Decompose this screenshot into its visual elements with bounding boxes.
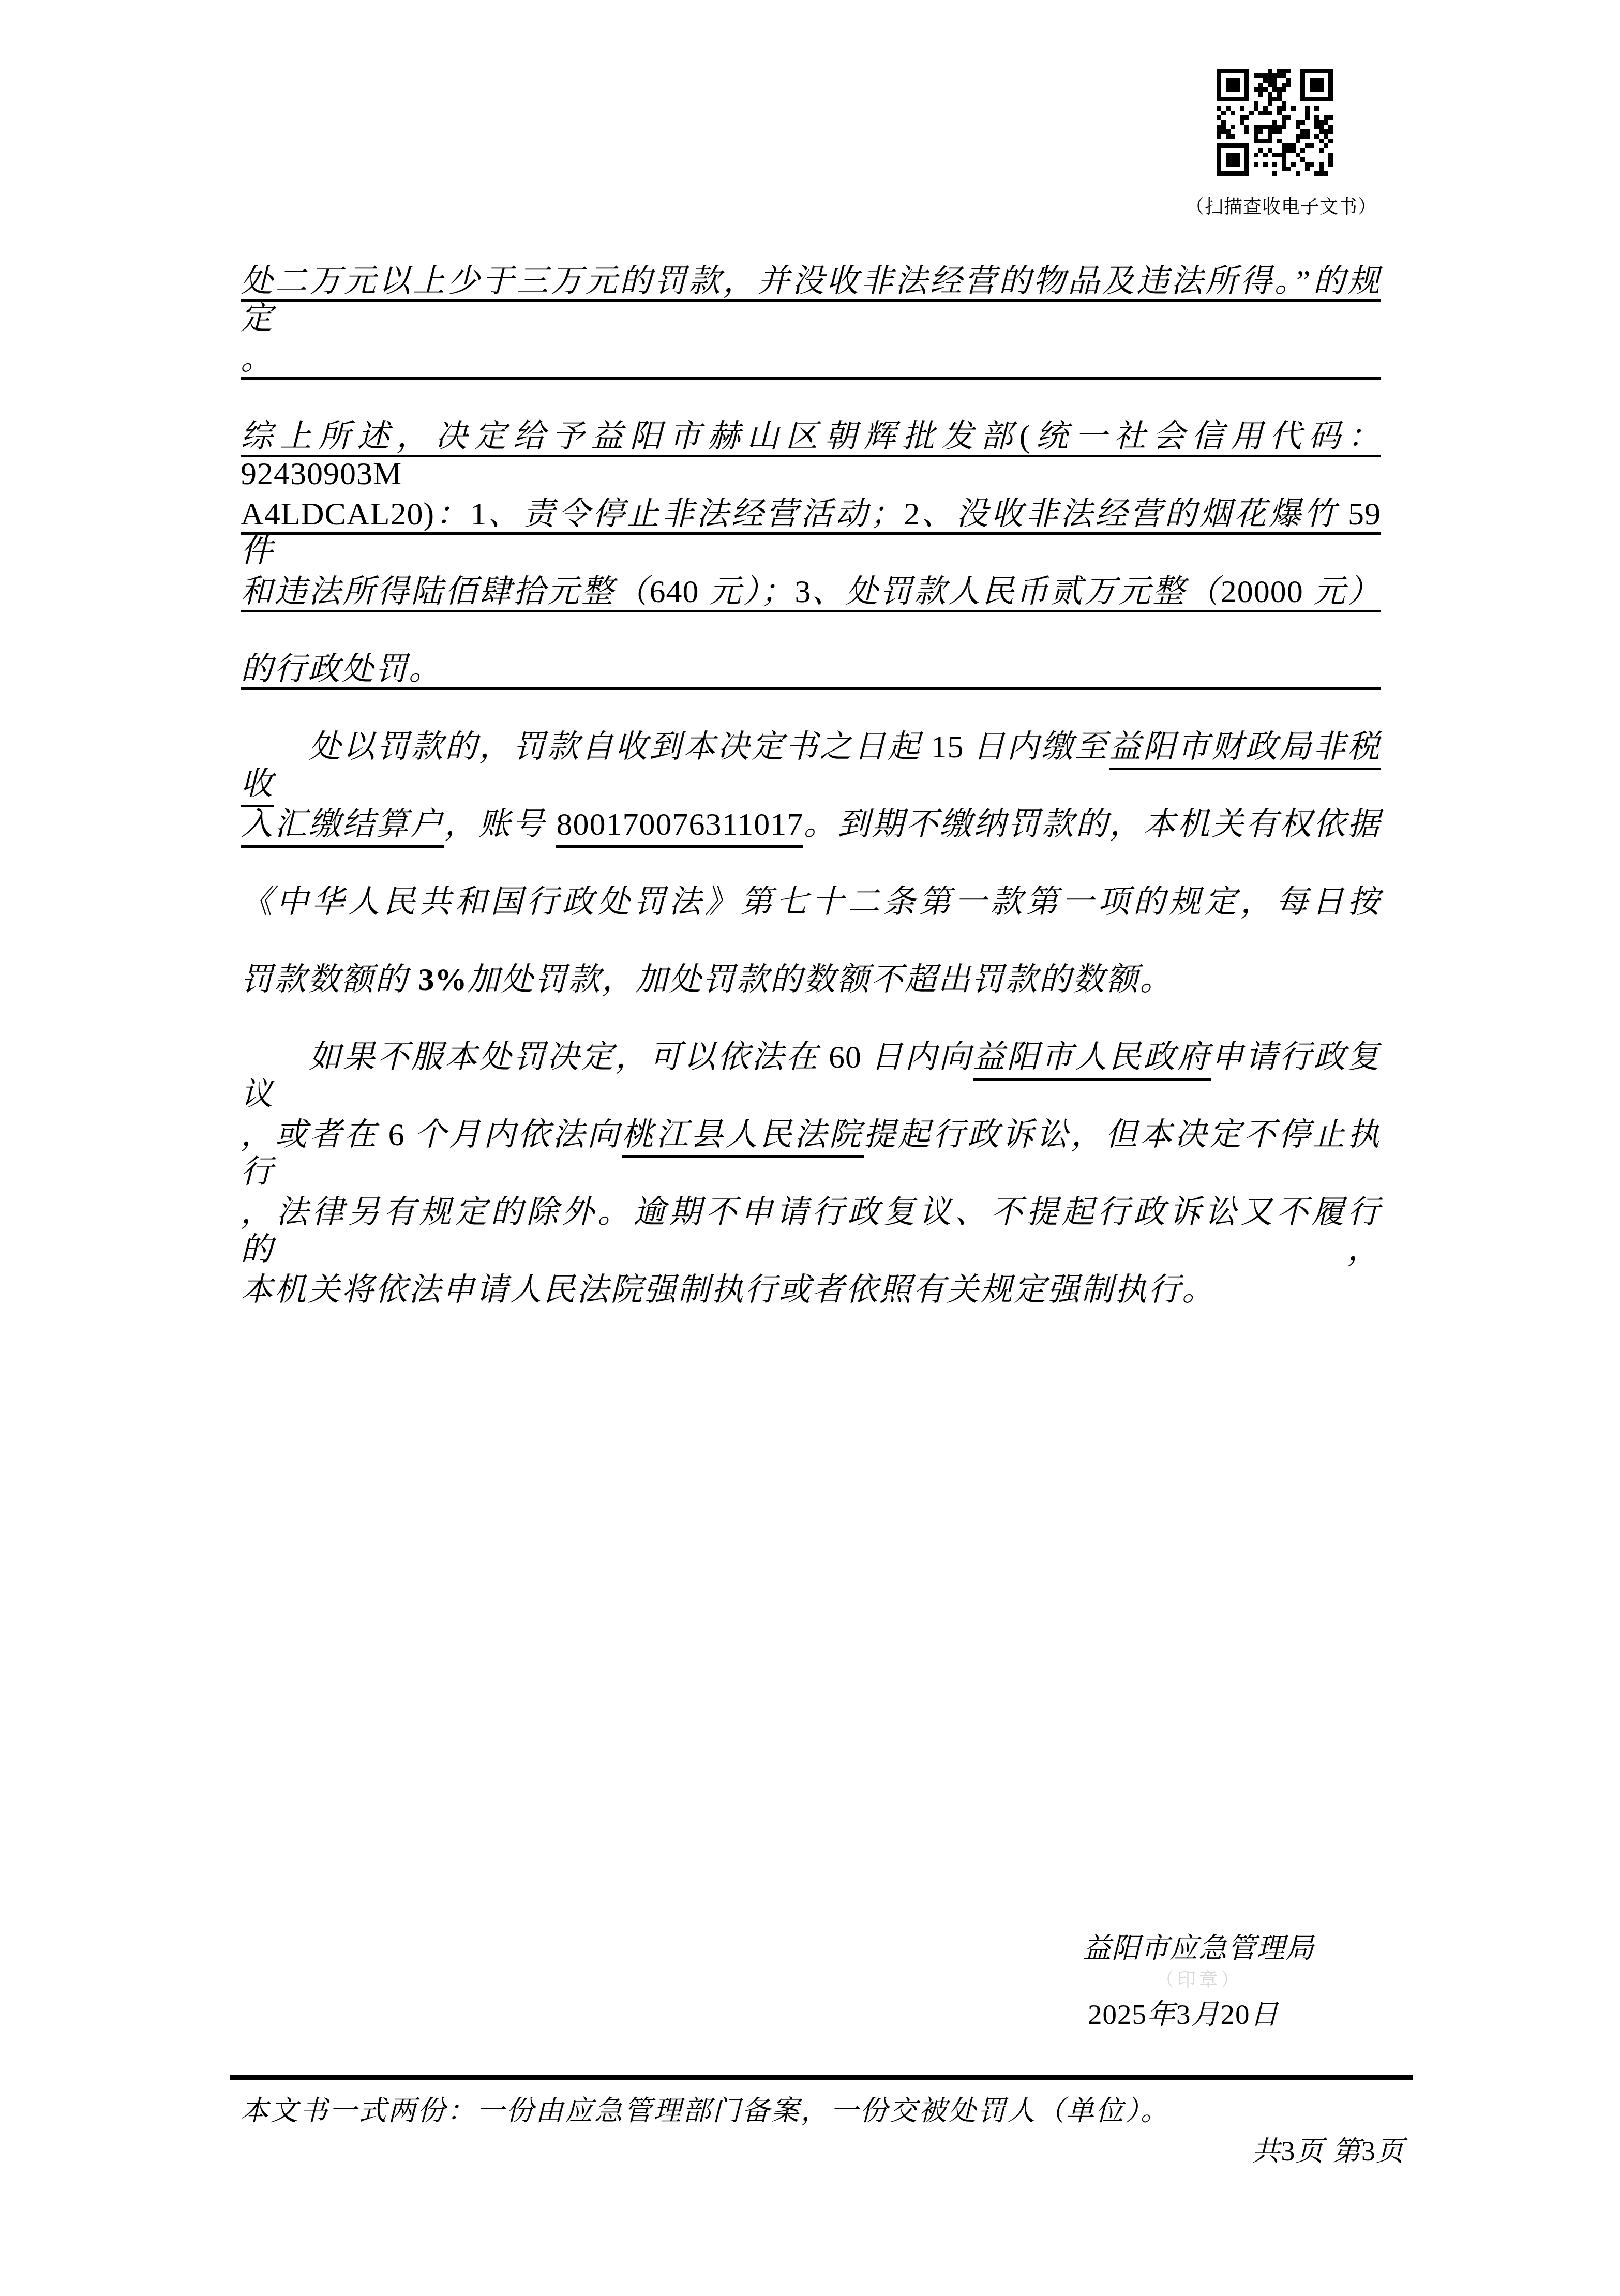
text-segment: 加处罚款，加处罚款的数额不超出罚款的数额。 — [468, 962, 1174, 997]
text-segment: ，或者在 — [241, 1117, 379, 1152]
text-segment: 20000 — [1221, 574, 1303, 609]
text-segment: 3 — [1176, 1999, 1191, 2030]
text-segment: 3 — [1281, 2136, 1296, 2167]
text-line: ，法律另有规定的除外。逾期不申请行政复议、不提起行政诉讼又不履行的， — [241, 1155, 1381, 1233]
text-segment: 6 — [379, 1117, 414, 1152]
footer-divider — [230, 2075, 1413, 2080]
text-segment: 。 — [241, 341, 274, 377]
text-segment: 桃江县人民法院 — [622, 1117, 864, 1158]
text-segment: 15 — [922, 729, 973, 764]
text-segment: 年 — [1147, 1999, 1176, 2030]
text-line: 的行政处罚。 — [241, 612, 1381, 690]
text-segment: ： — [434, 497, 470, 532]
text-segment: A4LDCAL20) — [241, 497, 434, 532]
text-segment: 月 — [1191, 1999, 1221, 2030]
text-segment: 统一社会信用代码： — [1030, 419, 1381, 454]
text-segment: 2 — [904, 497, 920, 532]
text-segment: 3 — [795, 574, 812, 609]
text-line: 处二万元以上少于三万元的罚款，并没收非法经营的物品及违法所得。”的规定 — [241, 224, 1381, 302]
text-segment: 入汇缴结算户 — [241, 807, 444, 848]
text-segment: 。到期不缴纳罚款的，本机关有权依据 — [803, 807, 1381, 842]
text-segment: 、没收非法经营的烟花爆竹 — [920, 497, 1338, 532]
text-segment: 3% — [418, 962, 468, 997]
text-segment: 益阳市人民政府 — [973, 1040, 1211, 1081]
text-segment: 的行政处罚。 — [241, 652, 442, 687]
text-segment: 2025 — [1088, 1999, 1147, 2030]
text-line: 《中华人民共和国行政处罚法》第七十二条第一款第一项的规定，每日按 — [241, 845, 1381, 923]
page-indicator: 共3页 第3页 — [1086, 2129, 1405, 2169]
qr-code-svg — [1217, 68, 1333, 176]
footer-note: 本文书一式两份：一份由应急管理部门备案，一份交被处罚人（单位）。 — [241, 2089, 1415, 2128]
text-segment: 如果不服本处罚决定，可以依法在 — [309, 1040, 820, 1075]
text-segment: 日内缴至 — [973, 729, 1109, 764]
text-segment: 个月内依法向 — [414, 1117, 622, 1152]
text-segment: 3 — [1361, 2136, 1376, 2167]
seal-note: （印章） — [1083, 1965, 1315, 1992]
text-segment: 罚款数额的 — [241, 962, 418, 997]
text-line: 本机关将依法申请人民法院强制执行或者依照有关规定强制执行。 — [241, 1233, 1381, 1311]
text-line: 处以罚款的，罚款自收到本决定书之日起 15 日内缴至益阳市财政局非税收 — [241, 690, 1381, 768]
qr-code — [1217, 68, 1333, 176]
text-segment: 640 — [649, 574, 699, 609]
text-line: ，或者在 6 个月内依法向桃江县人民法院提起行政诉讼，但本决定不停止执行 — [241, 1078, 1381, 1155]
text-segment: 页 — [1376, 2136, 1405, 2167]
text-line: A4LDCAL20)：1、责令停止非法经营活动；2、没收非法经营的烟花爆竹 59… — [241, 457, 1381, 535]
text-segment: 共 — [1252, 2136, 1281, 2167]
text-segment: 1 — [470, 497, 487, 532]
text-line: 。 — [241, 302, 1381, 380]
text-segment: 、责令停止非法经营活动； — [487, 497, 904, 532]
text-segment: 59 — [1338, 497, 1381, 532]
text-segment: 20 — [1221, 1999, 1250, 2030]
text-line: 入汇缴结算户，账号 800170076311017。到期不缴纳罚款的，本机关有权… — [241, 768, 1381, 845]
text-line: 如果不服本处罚决定，可以依法在 60 日内向益阳市人民政府申请行政复议 — [241, 1000, 1381, 1078]
text-segment: 综上所述，决定给予益阳市赫山区朝辉批发部 — [241, 419, 1019, 454]
text-segment: 处以罚款的，罚款自收到本决定书之日起 — [309, 729, 922, 764]
text-segment: 日内向 — [871, 1040, 973, 1075]
text-segment: ，账号 — [444, 807, 556, 842]
text-segment: 元）； — [699, 574, 794, 609]
text-line: 综上所述，决定给予益阳市赫山区朝辉批发部(统一社会信用代码：92430903M — [241, 380, 1381, 457]
text-segment: ( — [1019, 419, 1031, 454]
text-line: 和违法所得陆佰肆拾元整（640 元）；3、处罚款人民币贰万元整（20000 元） — [241, 535, 1381, 612]
text-segment: 和违法所得陆佰肆拾元整（ — [241, 574, 649, 609]
text-segment: 元） — [1303, 574, 1381, 609]
text-segment: 《中华人民共和国行政处罚法》第七十二条第一款第一项的规定，每日按 — [241, 884, 1381, 920]
body-text: 处二万元以上少于三万元的罚款，并没收非法经营的物品及违法所得。”的规定。综上所述… — [241, 224, 1381, 1311]
text-segment: 页 第 — [1296, 2136, 1362, 2167]
qr-caption: （扫描查收电子文书） — [1186, 192, 1372, 219]
signature-date: 2025年3月20日 — [1088, 1991, 1321, 2032]
text-segment: 日 — [1250, 1999, 1280, 2030]
text-segment: 本机关将依法申请人民法院强制执行或者依照有关规定强制执行。 — [241, 1272, 1216, 1308]
text-segment: 60 — [820, 1040, 871, 1075]
agency-signature: 益阳市应急管理局 — [1083, 1925, 1315, 1966]
text-segment: 800170076311017 — [556, 807, 803, 848]
text-segment: 、处罚款人民币贰万元整（ — [812, 574, 1221, 609]
document-page: （扫描查收电子文书） 处二万元以上少于三万元的罚款，并没收非法经营的物品及违法所… — [0, 0, 1620, 2296]
text-line: 罚款数额的 3%加处罚款，加处罚款的数额不超出罚款的数额。 — [241, 923, 1381, 1000]
